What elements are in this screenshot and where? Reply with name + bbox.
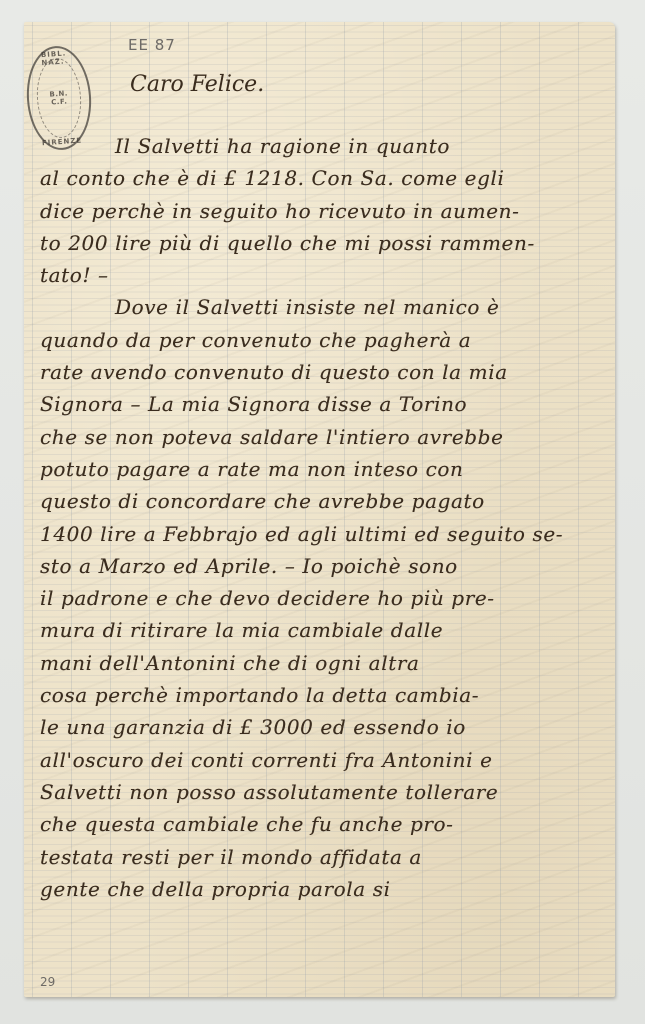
letter-salutation: Caro Felice.	[130, 72, 264, 97]
letter-line: Il Salvetti ha ragione in quanto	[40, 130, 615, 162]
letter-line: mura di ritirare la mia cambiale dalle	[40, 614, 615, 646]
letter-line: rate avendo convenuto di questo con la m…	[40, 356, 615, 388]
letter-line: quando da per convenuto che pagherà a	[40, 324, 615, 356]
letter-line: gente che della propria parola si	[40, 873, 615, 905]
stamp-ring-top-text: BIBL. NAZ.	[41, 49, 72, 67]
letter-line: dice perchè in seguito ho ricevuto in au…	[40, 195, 615, 227]
letter-line: potuto pagare a rate ma non inteso con	[40, 453, 615, 485]
page-number: 29	[40, 975, 55, 989]
letter-line: le una garanzia di £ 3000 ed essendo io	[40, 711, 615, 743]
stamp-center: B.N. C.F.	[34, 57, 83, 140]
letter-line: tato! –	[40, 259, 615, 291]
letter-line: Signora – La mia Signora disse a Torino	[40, 388, 615, 420]
letter-line: sto a Marzo ed Aprile. – Io poichè sono	[40, 550, 615, 582]
letter-line: il padrone e che devo decidere ho più pr…	[40, 582, 615, 614]
letter-line: Salvetti non posso assolutamente tollera…	[40, 776, 615, 808]
letter-line: 1400 lire a Febbrajo ed agli ultimi ed s…	[40, 518, 615, 550]
letter-line: che se non poteva saldare l'intiero avre…	[40, 421, 615, 453]
letter-line: al conto che è di £ 1218. Con Sa. come e…	[40, 162, 615, 194]
letter-body: Il Salvetti ha ragione in quantoal conto…	[40, 130, 615, 905]
letter-line: cosa perchè importando la detta cambia-	[40, 679, 615, 711]
archive-code: EE 87	[128, 36, 176, 54]
letter-line: to 200 lire più di quello che mi possi r…	[40, 227, 615, 259]
letter-line: che questa cambiale che fu anche pro-	[40, 808, 615, 840]
letter-line: mani dell'Antonini che di ogni altra	[40, 647, 615, 679]
stamp-center-text: B.N. C.F.	[49, 89, 69, 107]
letter-line: testata resti per il mondo affidata a	[40, 841, 615, 873]
letter-line: all'oscuro dei conti correnti fra Antoni…	[40, 744, 615, 776]
letter-line: questo di concordare che avrebbe pagato	[40, 485, 615, 517]
letter-line: Dove il Salvetti insiste nel manico è	[40, 291, 615, 323]
